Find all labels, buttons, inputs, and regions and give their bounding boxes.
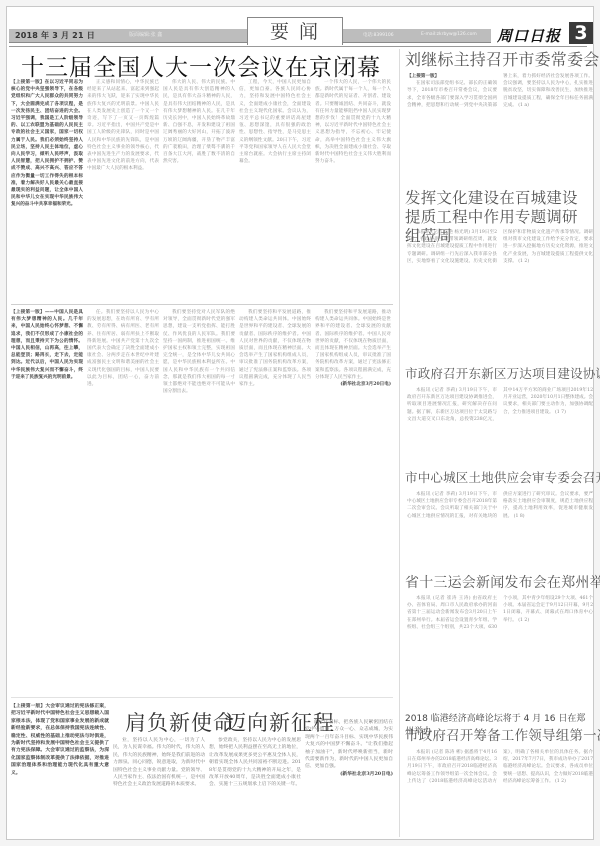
page-header: 2018 年 3 月 21 日 版面编辑:张 鑫 要闻 电话:8399106 E… bbox=[9, 17, 591, 47]
right-article-4-body: 本报讯 (记者 李莉) 3月19日下午，市中心城区土地供应会审专委会召开2018… bbox=[407, 491, 593, 557]
article-paragraph: 伟大的人民、伟大的民族。中国人民是具有伟大创造精神的人民，是具有伟大奋斗精神的人… bbox=[163, 79, 235, 165]
header-left-bar: 2018 年 3 月 21 日 版面编辑:张 鑫 bbox=[9, 29, 247, 43]
lead-article-column-3: 伟大的人民、伟大的民族。中国人民是具有伟大创造精神的人民，是具有伟大奋斗精神的人… bbox=[163, 79, 235, 299]
lead-article-column-2: 正义感和同情心，中华民族已经迎来了从站起来、富起来到强起来的伟大飞跃，迎来了实现… bbox=[87, 79, 159, 299]
article-paragraph: 【上接第一版】大会审议通过的宪法修正案，把习近平新时代中国特色社会主义思想载入国… bbox=[11, 703, 109, 777]
article-paragraph: 参党政关，坚持以人民为中心的发展思想，始终把人民利益摆在至高无上的地位，让改革发… bbox=[209, 737, 301, 789]
continued-article-column-1: 【上接第一版】——中国人民是具有伟大梦想精神的人民。几千年来，中国人民始终心怀梦… bbox=[11, 309, 83, 659]
right-article-3-body: 本报讯 (记者 李莉) 3月19日下午，市政府召开东新区万达项目建设协调推进会，… bbox=[407, 387, 593, 451]
issue-date: 2018 年 3 月 21 日 bbox=[15, 30, 95, 41]
header-right-bar: 电话:8399106 E-mail:zkrbyw@126.com bbox=[343, 29, 491, 43]
article-paragraph: 一个伟大的人民，一个伟大的民族。新时代属于每一个人，每一个人都是新时代的见证者、… bbox=[315, 79, 391, 165]
right-article-3-headline[interactable]: 市政府召开东新区万达项目建设协调推进会 bbox=[405, 365, 593, 383]
lead-article-column-4: 工程，今天，中国人民更加自信，更加自豪。各族人民同心协力，坚持和发展中国特色社会… bbox=[239, 79, 311, 299]
feature-column-4: 的宏伟目标，把各族人民紧密团结在党中央周围，万众一心、众志成城，为实现两个一百年… bbox=[305, 719, 393, 835]
news-agency-credit: (新华社北京3月20日电) bbox=[315, 381, 391, 388]
article-paragraph: 我们要坚持和平发展道路，推动构建人类命运共同体。中国始终是世界和平的建设者、全球… bbox=[315, 309, 391, 381]
feature-column-2: 业，坚持以人民为中心，一切为了人民，为人民谋幸福。伟大的时代，伟大的人民，伟大的… bbox=[113, 737, 205, 835]
continued-article-column-3: 我们要坚持党对人民军队的绝对领导，全面贯彻新时代党的强军思想，建设一支听党指挥、… bbox=[163, 309, 235, 659]
article-paragraph: 任。我们要坚持以人民为中心的发展思想，在幼有所育、学有所教、劳有所得、病有所医、… bbox=[87, 309, 159, 388]
right-article-6-headline[interactable]: 市政府召开筹备工作领导组第一次全体会议 bbox=[405, 727, 593, 745]
feature-column-1: 【上接第一版】大会审议通过的宪法修正案，把习近平新时代中国特色社会主义思想载入国… bbox=[11, 703, 109, 835]
news-agency-credit: (新华社北京3月20日电) bbox=[305, 771, 393, 778]
right-article-4-headline[interactable]: 市中心城区土地供应会审专委会召开第二次会议 bbox=[405, 469, 593, 487]
article-paragraph: 本报讯 (记者 李莉) 3月19日下午，市中心城区土地供应会审专委会召开2018… bbox=[407, 491, 593, 520]
page-number-badge: 3 bbox=[569, 22, 593, 44]
newspaper-page: 2018 年 3 月 21 日 版面编辑:张 鑫 要闻 电话:8399106 E… bbox=[6, 6, 594, 840]
right-article-6-body: 本报讯 (记者 陈涛 彬) 据悉将于4月16日在郑州举办的2018临港经济高峰论… bbox=[407, 749, 593, 837]
right-article-5-headline[interactable]: 省十三运会新闻发布会在郑州举行 bbox=[405, 574, 593, 592]
article-paragraph: 正义感和同情心，中华民族已经迎来了从站起来、富起来到强起来的伟大飞跃，迎来了实现… bbox=[87, 79, 159, 173]
contact-phone: 电话:8399106 bbox=[363, 32, 394, 38]
article-paragraph: 工程，今天，中国人民更加自信，更加自豪。各族人民同心协力，坚持和发展中国特色社会… bbox=[239, 79, 311, 165]
lead-article-column-5: 一个伟大的人民，一个伟大的民族。新时代属于每一个人，每一个人都是新时代的见证者、… bbox=[315, 79, 391, 299]
section-divider bbox=[11, 697, 393, 698]
right-article-2-body: 本报讯 (记者 王艳 杨光明) 3月19日至20日，省政协副主席带领调研组莅周，… bbox=[407, 229, 593, 339]
lead-article-column-1: 【上接第一版】在以习近平同志为核心的党中央坚强领导下，在各级党组织和广大人民群众… bbox=[11, 79, 83, 299]
feature-title-left[interactable]: 肩负新使命 bbox=[125, 707, 235, 737]
continued-article-column-5: 我们要坚持和平发展道路，推动构建人类命运共同体。中国始终是世界和平的建设者、全球… bbox=[315, 309, 391, 673]
article-paragraph: 本报讯 (记者 李莉) 3月19日下午，市政府召开东新区万达项目建设协调推进会，… bbox=[407, 387, 593, 423]
section-title: 要闻 bbox=[247, 17, 343, 45]
right-article-5-body: 本报讯 (记者 崔涛 王涛) 由省政府主办、省体育局、周口市人民政府承办的河南省… bbox=[407, 595, 593, 699]
article-paragraph: 的宏伟目标，把各族人民紧密团结在党中央周围，万众一心、众志成城，为实现两个一百年… bbox=[305, 719, 393, 771]
article-paragraph: 本报讯 (记者 崔涛 王涛) 由省政府主办、省体育局、周口市人民政府承办的河南省… bbox=[407, 595, 593, 631]
newspaper-logo: 周口日报 bbox=[497, 25, 561, 46]
article-paragraph: 我们要坚持和平发展道路，推动构建人类命运共同体。中国始终是世界和平的建设者、全球… bbox=[239, 309, 311, 388]
article-paragraph: 业，坚持以人民为中心，一切为了人民，为人民谋幸福。伟大的时代，伟大的人民，伟大的… bbox=[113, 737, 205, 789]
right-article-1-body: 【上接第一版】 在国家司法部党组书记、部长的正确领导下，2018年市委召开常委会… bbox=[407, 73, 593, 167]
article-paragraph: 【上接第一版】——中国人民是具有伟大梦想精神的人民。几千年来，中国人民始终心怀梦… bbox=[11, 309, 83, 381]
right-article-1-headline[interactable]: 刘继标主持召开市委常委会议 bbox=[405, 51, 593, 69]
contact-email: E-mail:zkrbyw@126.com bbox=[421, 32, 477, 37]
article-paragraph: 本报讯 (记者 王艳 杨光明) 3月19日至20日，省政协副主席带领调研组莅周，… bbox=[407, 229, 593, 265]
article-paragraph: 【上接第一版】在以习近平同志为核心的党中央坚强领导下，在各级党组织和广大人民群众… bbox=[11, 79, 83, 209]
continued-article-column-4: 我们要坚持和平发展道路，推动构建人类命运共同体。中国始终是世界和平的建设者、全球… bbox=[239, 309, 311, 659]
article-kicker: 【上接第一版】 bbox=[407, 73, 497, 80]
section-divider bbox=[11, 304, 393, 305]
page-editor: 版面编辑:张 鑫 bbox=[129, 31, 162, 38]
feature-column-3: 参党政关，坚持以人民为中心的发展思想，始终把人民利益摆在至高无上的地位，让改革发… bbox=[209, 737, 301, 835]
continued-article-column-2: 任。我们要坚持以人民为中心的发展思想，在幼有所育、学有所教、劳有所得、病有所医、… bbox=[87, 309, 159, 659]
header-divider bbox=[9, 46, 587, 47]
article-paragraph: 我们要坚持党对人民军队的绝对领导，全面贯彻新时代党的强军思想，建设一支听党指挥、… bbox=[163, 309, 235, 395]
article-paragraph: 本报讯 (记者 陈涛 彬) 据悉将于4月16日在郑州举办的2018临港经济高峰论… bbox=[407, 749, 593, 785]
column-divider bbox=[399, 49, 400, 837]
main-headline[interactable]: 十三届全国人大一次会议在京闭幕 bbox=[11, 49, 391, 82]
